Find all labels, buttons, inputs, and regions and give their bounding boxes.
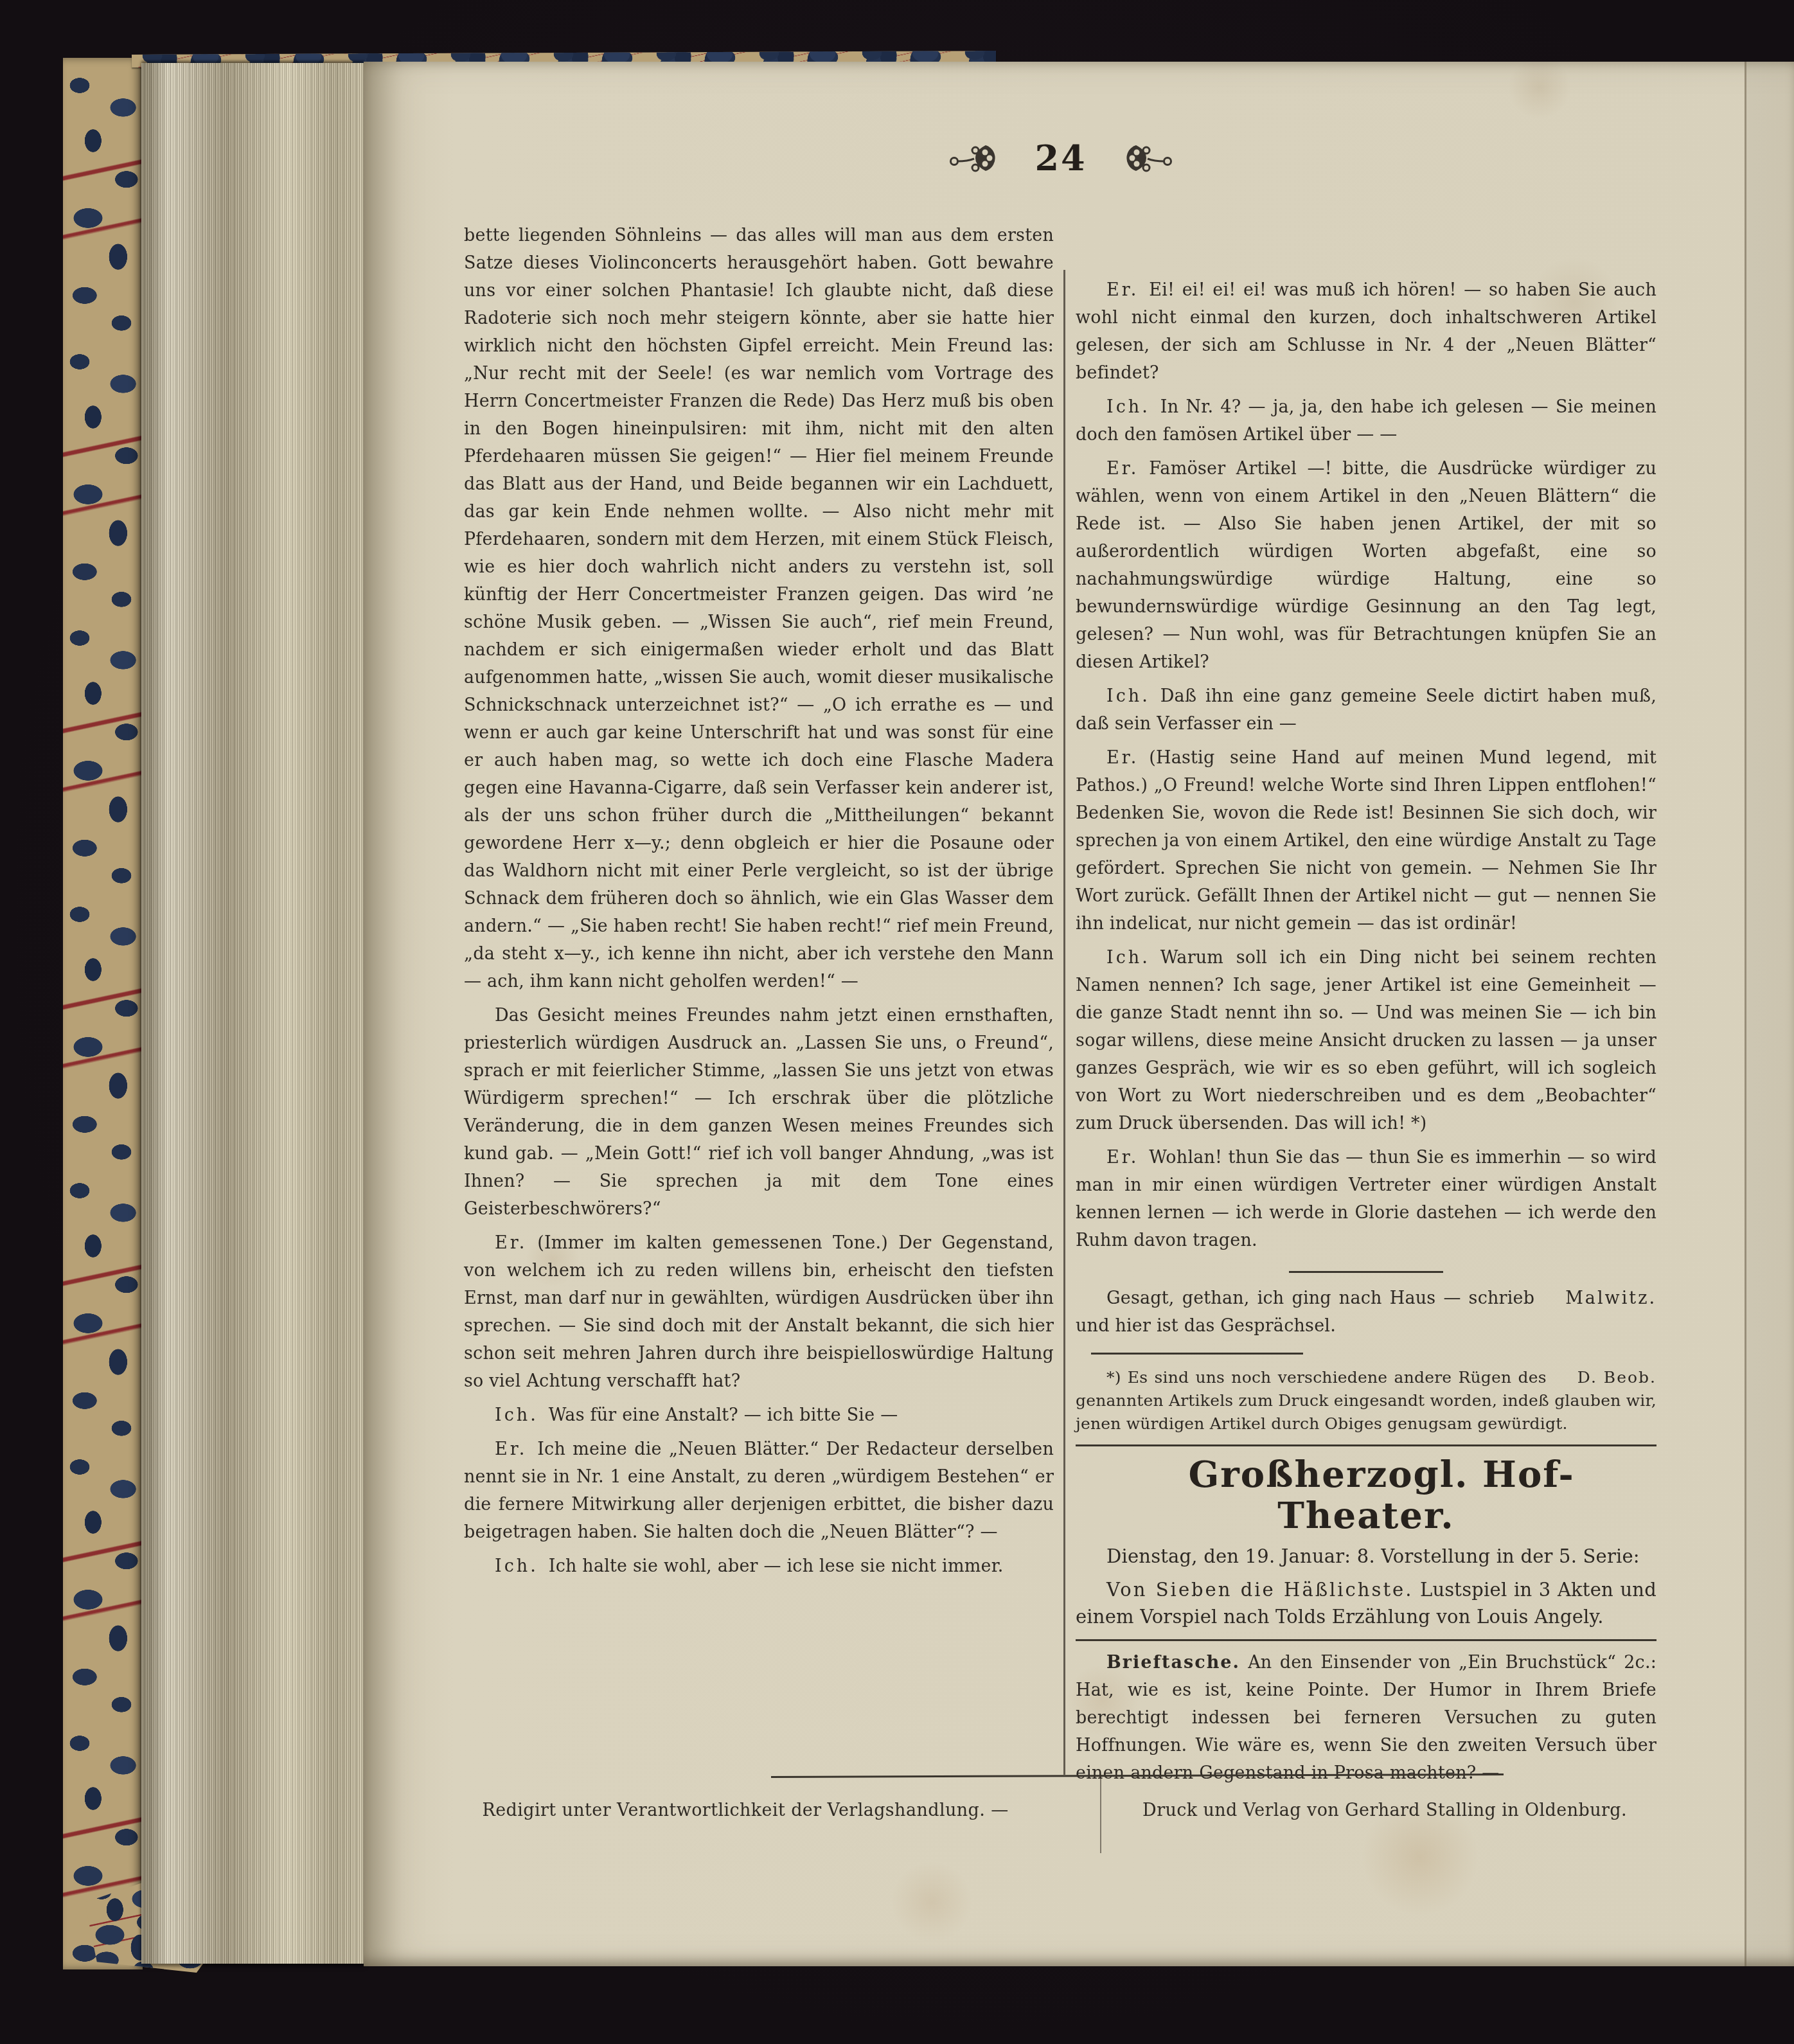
paragraph-text: Das Gesicht meines Freundes nahm jetzt e…: [464, 1006, 1054, 1219]
paragraph-text: Was für eine Anstalt? — ich bitte Sie —: [549, 1405, 898, 1425]
footer-imprint-left: Redigirt unter Verantwortlichkeit der Ve…: [424, 1800, 1067, 1820]
dialog-paragraph: Ich.Was für eine Anstalt? — ich bitte Si…: [464, 1401, 1054, 1429]
dialog-paragraph: Das Gesicht meines Freundes nahm jetzt e…: [464, 1002, 1054, 1223]
theater-play-line: Von Sieben die Häßlichste. Lustspiel in …: [1076, 1576, 1656, 1630]
column-divider: [1063, 270, 1065, 1775]
closing-signature: Malwitz.: [1534, 1284, 1656, 1312]
footnote-rule: [1091, 1353, 1303, 1355]
dialog-paragraph: Er.Wohlan! thun Sie das — thun Sie es im…: [1076, 1144, 1656, 1254]
page-crease: [1745, 62, 1746, 1966]
page: 24 bette liegenden Söhnleins — das alles…: [364, 62, 1794, 1966]
dialog-paragraph: Ich.Ich halte sie wohl, aber — ich lese …: [464, 1552, 1054, 1580]
speaker-label: Er.: [1106, 280, 1139, 300]
speaker-label: Ich.: [1106, 397, 1150, 417]
speaker-label: Ich.: [495, 1556, 538, 1576]
page-header: 24: [466, 138, 1655, 179]
brieftasche-note: Brieftasche. An den Einsender von „Ein B…: [1076, 1649, 1656, 1787]
right-column: Er.Ei! ei! ei! ei! was muß ich hören! — …: [1076, 276, 1656, 1793]
speaker-label: Ich.: [495, 1405, 538, 1425]
paragraph-text: Ich halte sie wohl, aber — ich lese sie …: [549, 1556, 1004, 1576]
paragraph-text: Warum soll ich ein Ding nicht bei seinem…: [1076, 948, 1656, 1133]
dialog-paragraph: Ich.Daß ihn eine ganz gemeine Seele dict…: [1076, 682, 1656, 738]
paragraph-text: Ei! ei! ei! ei! was muß ich hören! — so …: [1076, 280, 1656, 383]
dialog-paragraph: Er.Ich meine die „Neuen Blätter.“ Der Re…: [464, 1435, 1054, 1546]
footnote-signature: D. Beob.: [1547, 1366, 1656, 1389]
dialog-paragraph: Er.Famöser Artikel —! bitte, die Ausdrüc…: [1076, 455, 1656, 676]
paragraph-text: In Nr. 4? — ja, ja, den habe ich gelesen…: [1076, 397, 1656, 445]
paragraph-text: bette liegenden Söhnleins — das alles wi…: [464, 226, 1054, 991]
paragraph-text: Ich meine die „Neuen Blätter.“ Der Redac…: [464, 1439, 1054, 1542]
theater-play-title: Von Sieben die Häßlichste.: [1106, 1579, 1413, 1601]
dialog-paragraph: Er.(Hastig seine Hand auf meinen Mund le…: [1076, 744, 1656, 938]
dialog-paragraph: Ich.In Nr. 4? — ja, ja, den habe ich gel…: [1076, 393, 1656, 449]
book-cover-marble: [63, 58, 143, 1969]
section-rule: [1289, 1271, 1443, 1273]
page-number: 24: [1035, 138, 1087, 179]
header-ornament-left-icon: [948, 144, 1013, 172]
closing-text: Gesagt, gethan, ich ging nach Haus — sch…: [1076, 1288, 1534, 1336]
brieftasche-top-rule: [1076, 1639, 1656, 1641]
page-edge-stack: [141, 63, 365, 1964]
speaker-label: Er.: [1106, 459, 1139, 479]
dialog-paragraph: Er.(Immer im kalten gemessenen Tone.) De…: [464, 1229, 1054, 1395]
speaker-label: Er.: [495, 1439, 527, 1459]
left-column: bette liegenden Söhnleins — das alles wi…: [464, 222, 1054, 1586]
dialog-paragraph: bette liegenden Söhnleins — das alles wi…: [464, 222, 1054, 995]
speaker-label: Er.: [495, 1233, 527, 1253]
dialog-paragraph: Er.Ei! ei! ei! ei! was muß ich hören! — …: [1076, 276, 1656, 387]
closing-paragraph: Malwitz.Gesagt, gethan, ich ging nach Ha…: [1076, 1284, 1656, 1340]
theater-top-rule: [1076, 1444, 1656, 1446]
book-scan: 24 bette liegenden Söhnleins — das alles…: [0, 0, 1794, 2044]
brieftasche-label: Brieftasche.: [1106, 1653, 1240, 1673]
speaker-label: Er.: [1106, 1148, 1139, 1168]
header-ornament-right-icon: [1109, 144, 1173, 172]
paragraph-text: Famöser Artikel —! bitte, die Ausdrücke …: [1076, 459, 1656, 672]
next-page-edge: [1746, 62, 1794, 1966]
footer-imprint-right: Druck und Verlag von Gerhard Stalling in…: [1063, 1800, 1706, 1820]
paragraph-text: Daß ihn eine ganz gemeine Seele dictirt …: [1076, 686, 1656, 734]
theater-section-heading: Großherzogl. Hof-Theater.: [1076, 1454, 1656, 1536]
paragraph-text: (Hastig seine Hand auf meinen Mund legen…: [1076, 748, 1656, 934]
footnote: D. Beob.*) Es sind uns noch verschiedene…: [1076, 1366, 1656, 1435]
speaker-label: Ich.: [1106, 948, 1150, 968]
paragraph-text: (Immer im kalten gemessenen Tone.) Der G…: [464, 1233, 1054, 1391]
dialog-paragraph: Ich.Warum soll ich ein Ding nicht bei se…: [1076, 944, 1656, 1137]
theater-date-line: Dienstag, den 19. Januar: 8. Vorstellung…: [1076, 1543, 1656, 1570]
speaker-label: Er.: [1106, 748, 1139, 768]
speaker-label: Ich.: [1106, 686, 1150, 706]
paragraph-text: Wohlan! thun Sie das — thun Sie es immer…: [1076, 1148, 1656, 1250]
